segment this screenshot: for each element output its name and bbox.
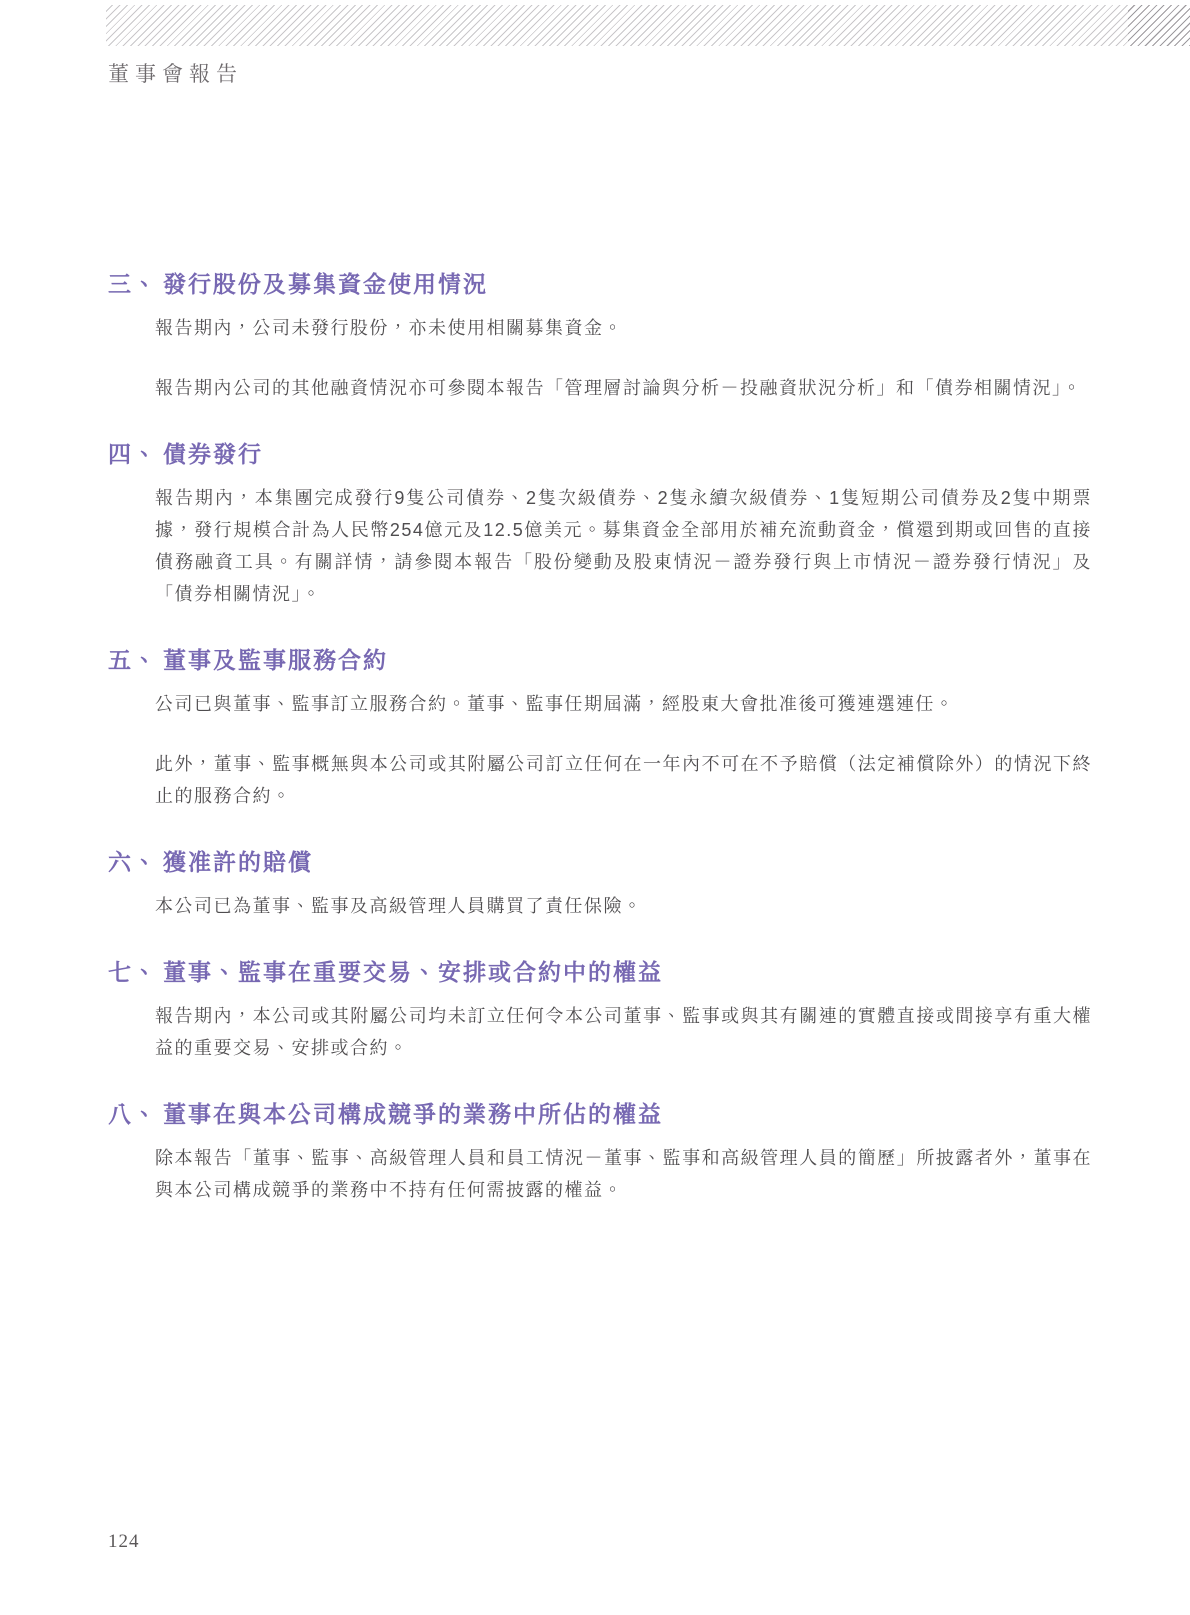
section-interests-in-transactions-arrangements-contracts: 七、 董事、監事在重要交易、安排或合約中的權益 報告期內，本公司或其附屬公司均未… — [108, 958, 1092, 1064]
section-number: 四、 — [108, 440, 158, 468]
section-bond-issuance: 四、 債券發行 報告期內，本集團完成發行9隻公司債券、2隻次級債券、2隻永續次級… — [108, 440, 1092, 610]
section-heading: 五、 董事及監事服務合約 — [108, 646, 1092, 674]
section-heading: 三、 發行股份及募集資金使用情況 — [108, 270, 1092, 298]
paragraph: 報告期內，本集團完成發行9隻公司債券、2隻次級債券、2隻永續次級債券、1隻短期公… — [155, 482, 1092, 610]
paragraph: 報告期內公司的其他融資情況亦可參閱本報告「管理層討論與分析－投融資狀況分析」和「… — [155, 372, 1092, 404]
section-heading: 四、 債券發行 — [108, 440, 1092, 468]
section-title: 董事及監事服務合約 — [163, 646, 388, 674]
paragraph: 此外，董事、監事概無與本公司或其附屬公司訂立任何在一年內不可在不予賠償（法定補償… — [155, 748, 1092, 812]
paragraph: 本公司已為董事、監事及高級管理人員購買了責任保險。 — [155, 890, 1092, 922]
section-interests-in-competing-business: 八、 董事在與本公司構成競爭的業務中所佔的權益 除本報告「董事、監事、高級管理人… — [108, 1100, 1092, 1206]
paragraph: 公司已與董事、監事訂立服務合約。董事、監事任期屆滿，經股東大會批准後可獲連選連任… — [155, 688, 1092, 720]
page-number: 124 — [108, 1531, 140, 1553]
section-title: 董事、監事在重要交易、安排或合約中的權益 — [163, 958, 663, 986]
section-heading: 七、 董事、監事在重要交易、安排或合約中的權益 — [108, 958, 1092, 986]
report-page: 董事會報告 三、 發行股份及募集資金使用情況 報告期內，公司未發行股份，亦未使用… — [0, 0, 1190, 1615]
section-permitted-indemnity: 六、 獲准許的賠償 本公司已為董事、監事及高級管理人員購買了責任保險。 — [108, 848, 1092, 922]
page-header-title: 董事會報告 — [108, 58, 243, 88]
section-number: 三、 — [108, 270, 158, 298]
section-number: 五、 — [108, 646, 158, 674]
decorative-hatch-band — [106, 5, 1190, 46]
paragraph: 報告期內，本公司或其附屬公司均未訂立任何令本公司董事、監事或與其有關連的實體直接… — [155, 1000, 1092, 1064]
section-title: 債券發行 — [163, 440, 263, 468]
section-title: 獲准許的賠償 — [163, 848, 313, 876]
section-number: 七、 — [108, 958, 158, 986]
section-director-supervisor-service-contracts: 五、 董事及監事服務合約 公司已與董事、監事訂立服務合約。董事、監事任期屆滿，經… — [108, 646, 1092, 812]
paragraph: 除本報告「董事、監事、高級管理人員和員工情況－董事、監事和高級管理人員的簡歷」所… — [155, 1142, 1092, 1206]
section-heading: 六、 獲准許的賠償 — [108, 848, 1092, 876]
section-title: 發行股份及募集資金使用情況 — [163, 270, 488, 298]
section-heading: 八、 董事在與本公司構成競爭的業務中所佔的權益 — [108, 1100, 1092, 1128]
section-share-issuance-and-proceeds: 三、 發行股份及募集資金使用情況 報告期內，公司未發行股份，亦未使用相關募集資金… — [108, 270, 1092, 404]
paragraph: 報告期內，公司未發行股份，亦未使用相關募集資金。 — [155, 312, 1092, 344]
report-content: 三、 發行股份及募集資金使用情況 報告期內，公司未發行股份，亦未使用相關募集資金… — [108, 270, 1092, 1234]
decorative-hatch-band-dark-segment — [1128, 5, 1190, 46]
section-number: 八、 — [108, 1100, 158, 1128]
section-title: 董事在與本公司構成競爭的業務中所佔的權益 — [163, 1100, 663, 1128]
section-number: 六、 — [108, 848, 158, 876]
